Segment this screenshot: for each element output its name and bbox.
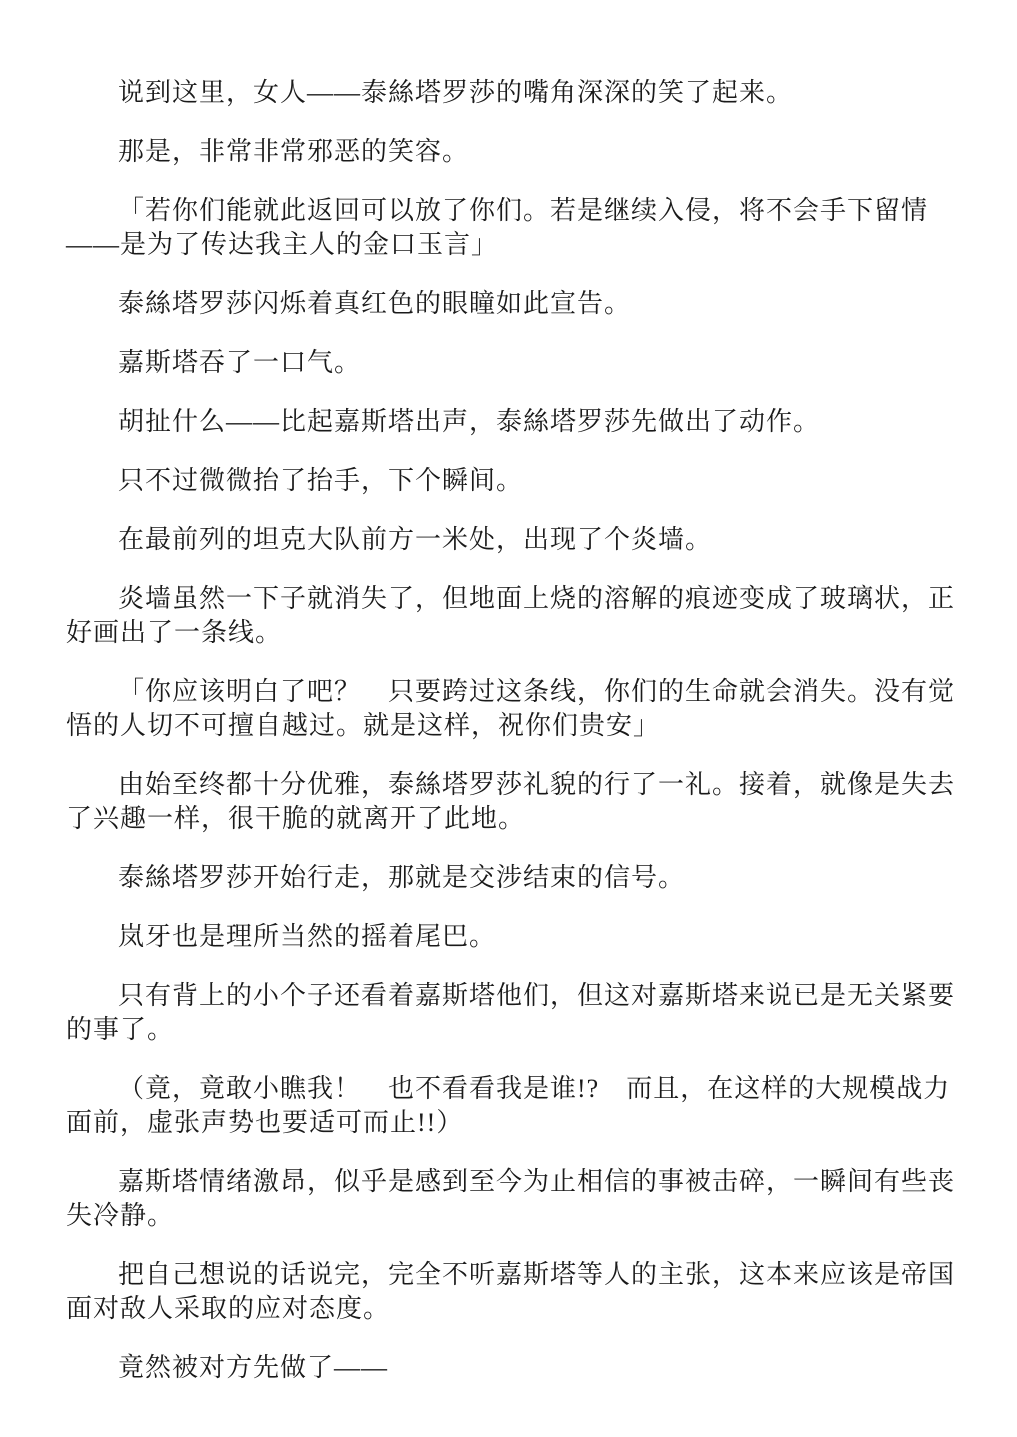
document-page: 说到这里，女人——泰絲塔罗莎的嘴角深深的笑了起来。 那是，非常非常邪恶的笑容。 … (0, 0, 1017, 1437)
paragraph: 只不过微微抬了抬手，下个瞬间。 (66, 464, 981, 498)
paragraph: 胡扯什么——比起嘉斯塔出声，泰絲塔罗莎先做出了动作。 (66, 405, 981, 439)
paragraph: 嘉斯塔情绪激昂，似乎是感到至今为止相信的事被击碎，一瞬间有些丧 失冷静。 (66, 1165, 981, 1233)
paragraph: 由始至终都十分优雅，泰絲塔罗莎礼貌的行了一礼。接着，就像是失去 了兴趣一样，很干… (66, 768, 981, 836)
paragraph: 说到这里，女人——泰絲塔罗莎的嘴角深深的笑了起来。 (66, 76, 981, 110)
text-line: 嘉斯塔情绪激昂，似乎是感到至今为止相信的事被击碎，一瞬间有些丧 (66, 1165, 981, 1199)
text-line: 「你应该明白了吧？ 只要跨过这条线，你们的生命就会消失。没有觉 (66, 675, 981, 709)
text-line: 炎墙虽然一下子就消失了，但地面上烧的溶解的痕迹变成了玻璃状，正 (66, 582, 981, 616)
text-line: （竟，竟敢小瞧我！ 也不看看我是谁!? 而且，在这样的大规模战力 (66, 1072, 981, 1106)
text-line: 只有背上的小个子还看着嘉斯塔他们，但这对嘉斯塔来说已是无关紧要 (66, 979, 981, 1013)
text-line: 泰絲塔罗莎开始行走，那就是交涉结束的信号。 (66, 861, 981, 895)
text-line: 面对敌人采取的应对态度。 (66, 1292, 981, 1326)
paragraph: 泰絲塔罗莎开始行走，那就是交涉结束的信号。 (66, 861, 981, 895)
text-line: 好画出了一条线。 (66, 616, 981, 650)
text-line: 面前，虚张声势也要适可而止!!） (66, 1106, 981, 1140)
text-line: 只不过微微抬了抬手，下个瞬间。 (66, 464, 981, 498)
paragraph: 竟然被对方先做了—— (66, 1351, 981, 1385)
paragraph: 「你应该明白了吧？ 只要跨过这条线，你们的生命就会消失。没有觉 悟的人切不可擅自… (66, 675, 981, 743)
text-line: 的事了。 (66, 1013, 981, 1047)
text-line: 竟然被对方先做了—— (66, 1351, 981, 1385)
paragraph: （竟，竟敢小瞧我！ 也不看看我是谁!? 而且，在这样的大规模战力 面前，虚张声势… (66, 1072, 981, 1140)
text-line: ——是为了传达我主人的金口玉言」 (66, 228, 981, 262)
text-line: 悟的人切不可擅自越过。就是这样，祝你们贵安」 (66, 709, 981, 743)
text-line: 说到这里，女人——泰絲塔罗莎的嘴角深深的笑了起来。 (66, 76, 981, 110)
paragraph: 炎墙虽然一下子就消失了，但地面上烧的溶解的痕迹变成了玻璃状，正 好画出了一条线。 (66, 582, 981, 650)
text-line: 由始至终都十分优雅，泰絲塔罗莎礼貌的行了一礼。接着，就像是失去 (66, 768, 981, 802)
text-line: 胡扯什么——比起嘉斯塔出声，泰絲塔罗莎先做出了动作。 (66, 405, 981, 439)
paragraph: 嘉斯塔吞了一口气。 (66, 346, 981, 380)
text-line: 泰絲塔罗莎闪烁着真红色的眼瞳如此宣告。 (66, 287, 981, 321)
paragraph: 在最前列的坦克大队前方一米处，出现了个炎墙。 (66, 523, 981, 557)
paragraph: 把自己想说的话说完，完全不听嘉斯塔等人的主张，这本来应该是帝国 面对敌人采取的应… (66, 1258, 981, 1326)
text-line: 嘉斯塔吞了一口气。 (66, 346, 981, 380)
text-line: 岚牙也是理所当然的摇着尾巴。 (66, 920, 981, 954)
paragraph: 只有背上的小个子还看着嘉斯塔他们，但这对嘉斯塔来说已是无关紧要 的事了。 (66, 979, 981, 1047)
text-line: 在最前列的坦克大队前方一米处，出现了个炎墙。 (66, 523, 981, 557)
paragraph: 岚牙也是理所当然的摇着尾巴。 (66, 920, 981, 954)
text-line: 「若你们能就此返回可以放了你们。若是继续入侵，将不会手下留情 (66, 194, 981, 228)
paragraph: 泰絲塔罗莎闪烁着真红色的眼瞳如此宣告。 (66, 287, 981, 321)
text-line: 把自己想说的话说完，完全不听嘉斯塔等人的主张，这本来应该是帝国 (66, 1258, 981, 1292)
text-line: 那是，非常非常邪恶的笑容。 (66, 135, 981, 169)
text-line: 了兴趣一样，很干脆的就离开了此地。 (66, 802, 981, 836)
text-line: 失冷静。 (66, 1199, 981, 1233)
paragraph: 「若你们能就此返回可以放了你们。若是继续入侵，将不会手下留情 ——是为了传达我主… (66, 194, 981, 262)
paragraph: 那是，非常非常邪恶的笑容。 (66, 135, 981, 169)
